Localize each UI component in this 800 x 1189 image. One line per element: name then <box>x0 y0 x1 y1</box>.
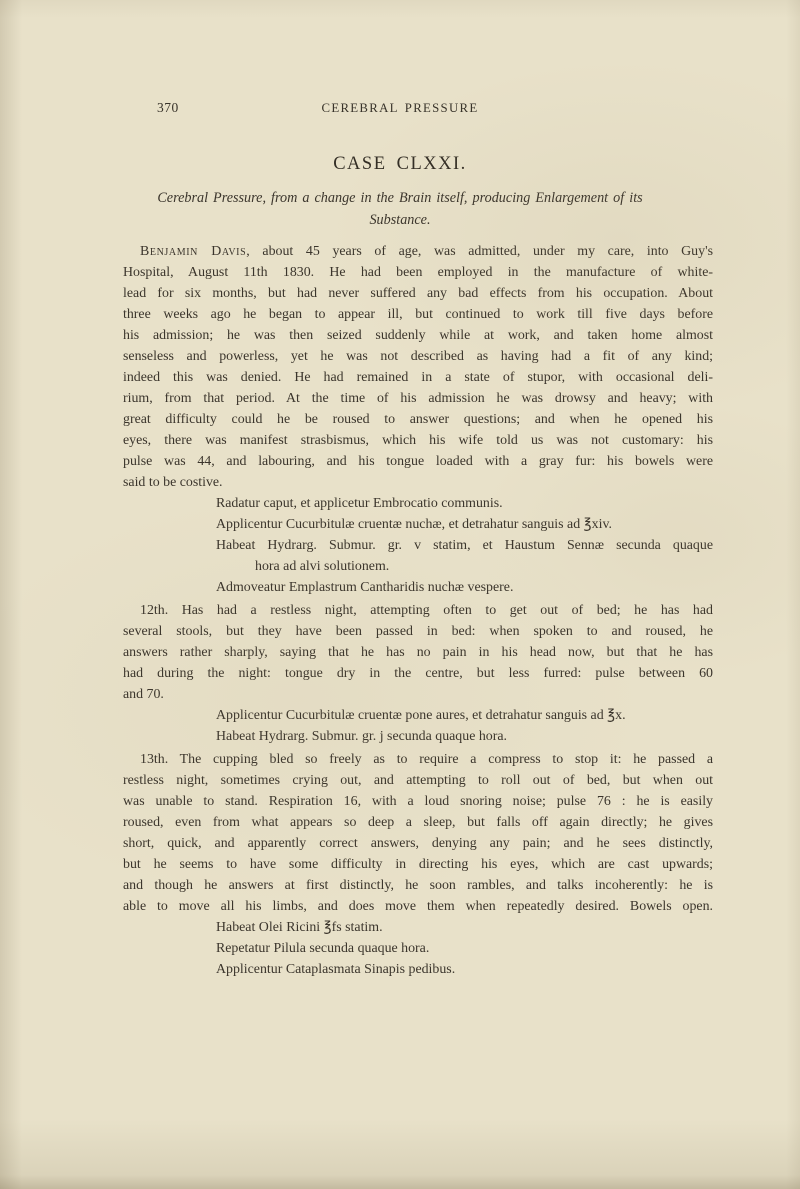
text-line: three weeks ago he began to appear ill, … <box>123 304 713 325</box>
text-line: his admission; he was then seized sudden… <box>123 325 713 346</box>
text-line: and though he answers at first distinctl… <box>123 875 713 896</box>
text-line: able to move all his limbs, and does mov… <box>123 896 713 917</box>
prescription-line: Applicentur Cataplasmata Sinapis pedibus… <box>123 959 713 980</box>
text-line: several stools, but they have been passe… <box>123 621 713 642</box>
text-line: restless night, sometimes crying out, an… <box>123 770 713 791</box>
prescription-line: Repetatur Pilula secunda quaque hora. <box>123 938 713 959</box>
text-line: Benjamin Davis, about 45 years of age, w… <box>123 241 713 262</box>
running-header-title: CEREBRAL PRESSURE <box>0 101 800 116</box>
text-line: great difficulty could he be roused to a… <box>123 409 713 430</box>
case-subtitle-line-1: Cerebral Pressure, from a change in the … <box>0 188 800 210</box>
text-line: answers rather sharply, saying that he h… <box>123 642 713 663</box>
text-line: short, quick, and apparently correct ans… <box>123 833 713 854</box>
text-line: was unable to stand. Respiration 16, wit… <box>123 791 713 812</box>
prescription-line: Radatur caput, et applicetur Embrocatio … <box>123 493 713 514</box>
text-line: had during the night: tongue dry in the … <box>123 663 713 684</box>
text-line: Hospital, August 11th 1830. He had been … <box>123 262 713 283</box>
text-line: roused, even from what appears so deep a… <box>123 812 713 833</box>
prescription-line: Applicentur Cucurbitulæ cruentæ nuchæ, e… <box>123 514 713 535</box>
text-line: 13th. The cupping bled so freely as to r… <box>123 749 713 770</box>
patient-name: Benjamin Davis <box>140 244 246 259</box>
prescription-line: Applicentur Cucurbitulæ cruentæ pone aur… <box>123 705 713 726</box>
prescription-line: Habeat Hydrarg. Submur. gr. v statim, et… <box>123 535 713 556</box>
book-page: 370 CEREBRAL PRESSURE CASE CLXXI. Cerebr… <box>0 0 800 1189</box>
text-line: 12th. Has had a restless night, attempti… <box>123 600 713 621</box>
prescription-line: Admoveatur Emplastrum Cantharidis nuchæ … <box>123 577 713 598</box>
text-line: lead for six months, but had never suffe… <box>123 283 713 304</box>
text-line: and 70. <box>123 684 713 705</box>
prescription-line: Habeat Olei Ricini ℥fs statim. <box>123 917 713 938</box>
text-line: senseless and powerless, yet he was not … <box>123 346 713 367</box>
text-line: indeed this was denied. He had remained … <box>123 367 713 388</box>
text-line: rium, from that period. At the time of h… <box>123 388 713 409</box>
prescription-line: hora ad alvi solutionem. <box>123 556 713 577</box>
running-head: 370 CEREBRAL PRESSURE <box>0 0 800 116</box>
case-heading: CASE CLXXI. <box>0 154 800 175</box>
text-line: said to be costive. <box>123 472 713 493</box>
text-segment: , about 45 years of age, was admitted, u… <box>246 244 713 259</box>
text-line: pulse was 44, and labouring, and his ton… <box>123 451 713 472</box>
text-line: eyes, there was manifest strasbismus, wh… <box>123 430 713 451</box>
case-body-text: Benjamin Davis, about 45 years of age, w… <box>123 241 713 980</box>
case-subtitle-line-2: Substance. <box>0 210 800 232</box>
prescription-line: Habeat Hydrarg. Submur. gr. j secunda qu… <box>123 726 713 747</box>
text-line: but he seems to have some difficulty in … <box>123 854 713 875</box>
